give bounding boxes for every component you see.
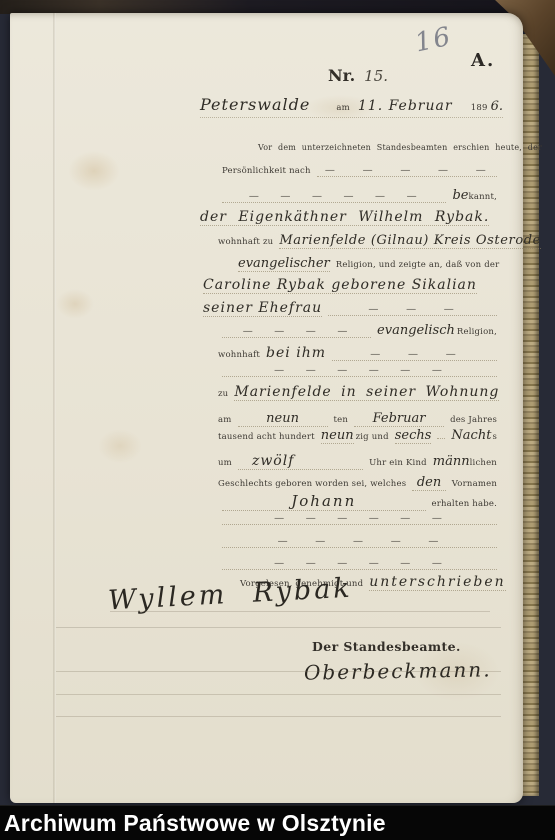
blank-dashes: — — — — (222, 326, 371, 338)
erhalten-printed: erhalten habe. (432, 499, 498, 509)
unterschrieben-handwritten: unterschrieben (369, 574, 505, 591)
birthplace-handwritten: Marienfelde in seiner Wohnung (234, 384, 499, 401)
form-line-persoenlichkeit: Persönlichkeit nach — — — — — (222, 165, 497, 177)
form-line-mother: Caroline Rybak geborene Sikalian (203, 277, 477, 294)
form-line-residence: wohnhaft zu Marienfelde (Gilnau) Kreis O… (218, 233, 541, 249)
ehefrau-handwritten: seiner Ehefrau (203, 300, 322, 317)
lichen-printed: lichen (470, 458, 497, 468)
registrar-label: Der Standesbeamte. (312, 639, 461, 654)
form-line-declarant: der Eigenkäthner Wilhelm Rybak. (200, 209, 489, 226)
ruled-line (56, 671, 501, 672)
declarant-handwritten: der Eigenkäthner Wilhelm Rybak. (200, 209, 489, 226)
blank-dashes: — — — (332, 349, 497, 361)
form-line-geschlecht: Geschlechts geboren worden sei, welches … (218, 471, 497, 491)
form-line-blank: — — — — — — (222, 558, 497, 570)
form-line-birthplace: zu Marienfelde in seiner Wohnung (218, 384, 499, 401)
form-line-blank: — — — — — — (222, 513, 497, 525)
record-number-label: Nr. (328, 66, 355, 85)
form-type-letter: A. (471, 50, 495, 71)
form-line-religion2: — — — — evangelisch Religion, (222, 323, 497, 338)
month-handwritten: Februar (373, 411, 426, 426)
paper-stain (98, 429, 142, 463)
wohnhaft-printed: wohnhaft (218, 350, 260, 360)
form-line-birthdate: am neun ten Februar des Jahres (218, 407, 497, 427)
paper-stain (68, 151, 120, 191)
geschlechts-printed: Geschlechts geboren worden sei, welches (218, 479, 406, 489)
ten-printed: ten (334, 415, 349, 425)
blank-dashes: — — — (328, 304, 497, 316)
record-number: Nr. 15. (328, 66, 388, 85)
register-scan-page: 16 A. Nr. 15. Peterswalde am 11. Februar… (10, 13, 523, 803)
blank-dashes: — — — — — — (222, 513, 497, 525)
zwoelf-handwritten: zwölf (252, 453, 294, 469)
declarant-signature: Wyllem Rybak (107, 573, 353, 617)
form-line-wohnhaft-bei: wohnhaft bei ihm — — — (218, 345, 497, 361)
intro-printed: Vor dem unterzeichneten Standesbeamten e… (258, 143, 542, 152)
religion1-printed: Religion, und zeigte an, daß von der (336, 260, 500, 270)
date-handwritten: 11. Februar (358, 98, 453, 114)
ruled-line (110, 611, 490, 612)
nacht-handwritten: Nacht (451, 428, 491, 443)
day-handwritten: neun (266, 411, 299, 426)
kannt-printed: kannt, (469, 192, 498, 202)
wohnhaft-zu-printed: wohnhaft zu (218, 237, 273, 247)
neun-handwritten: neun (321, 428, 354, 444)
form-line-blank: — — — — — — (222, 365, 497, 377)
mother-handwritten: Caroline Rybak geborene Sikalian (203, 277, 477, 294)
um-printed: um (218, 458, 232, 468)
uhr-ein-kind-printed: Uhr ein Kind (369, 458, 427, 468)
s-printed: s (492, 432, 497, 442)
blank-dashes: — — — — — — (222, 365, 497, 377)
form-line-bekannt: — — — — — — be kannt, (222, 188, 497, 203)
year-printed: 189 (471, 103, 488, 113)
sechs-handwritten: sechs (395, 428, 432, 444)
ruled-line (56, 716, 501, 717)
book-binding-top (0, 0, 555, 14)
form-line-name: Johann erhalten habe. (222, 491, 497, 511)
am-printed: am (218, 415, 232, 425)
religion2-handwritten: evangelisch (377, 323, 455, 338)
form-line-ehefrau: seiner Ehefrau — — — (203, 300, 497, 317)
form-line-religion1: evangelischer Religion, und zeigte an, d… (238, 256, 499, 272)
persoenlichkeit-printed: Persönlichkeit nach (222, 166, 311, 176)
place-date-line: Peterswalde am 11. Februar 189 6. (200, 95, 503, 118)
blank-dashes: — — — — — (317, 165, 497, 177)
den-handwritten: den (417, 475, 441, 490)
paper-stain (56, 289, 94, 319)
religion2-printed: Religion, (457, 327, 497, 337)
ruled-line (56, 694, 501, 695)
blank-dashes: — — — — — — (222, 558, 497, 570)
residence-handwritten: Marienfelde (Gilnau) Kreis Osterode (279, 233, 541, 249)
form-line-intro: Vor dem unterzeichneten Standesbeamten e… (258, 143, 542, 152)
religion1-handwritten: evangelischer (238, 256, 330, 272)
zu-printed: zu (218, 389, 228, 399)
ruled-line (56, 627, 501, 628)
bei-ihm-handwritten: bei ihm (266, 345, 326, 361)
child-name-handwritten: Johann (291, 492, 356, 510)
form-line-year: tausend acht hundert neun zig und sechs … (218, 428, 497, 444)
blank-dashes: — — — — — (222, 536, 497, 548)
place-handwritten: Peterswalde (200, 95, 310, 114)
vornamen-printed: Vornamen (452, 479, 497, 489)
form-line-hour: um zwölf Uhr ein Kind männ lichen (218, 450, 497, 470)
archive-name: Archiwum Państwowe w Olsztynie (0, 810, 386, 837)
be-handwritten: be (452, 188, 468, 203)
page-crease (53, 13, 56, 803)
des-jahres-printed: des Jahres (450, 415, 497, 425)
blank-dashes: — — — — — — (222, 191, 446, 203)
am-printed: am (336, 103, 350, 113)
form-line-blank: — — — — — (222, 536, 497, 548)
maenn-handwritten: männ (433, 454, 470, 469)
record-number-value: 15. (364, 67, 388, 85)
zig-und-printed: zig und (356, 432, 389, 442)
archival-pencil-number: 16 (412, 21, 455, 58)
tausend-printed: tausend acht hundert (218, 432, 315, 442)
year-handwritten: 6. (491, 99, 503, 114)
archive-caption-bar: Archiwum Państwowe w Olsztynie (0, 805, 555, 840)
